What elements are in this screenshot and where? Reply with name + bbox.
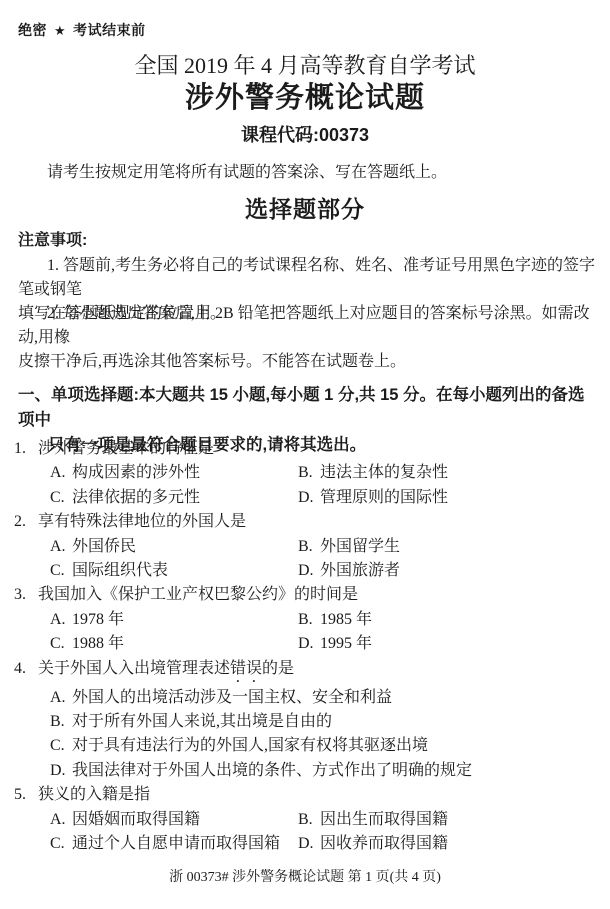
option-text: 我国法律对于外国人出境的条件、方式作出了明确的规定 (72, 762, 472, 779)
option-label: C. (50, 832, 72, 856)
option-b: B.违法主体的复杂性 (298, 461, 598, 485)
option-label: D. (298, 559, 320, 583)
option-text: 对于具有违法行为的外国人,国家有权将其驱逐出境 (72, 737, 428, 754)
option-label: C. (50, 559, 72, 583)
option-text: 国际组织代表 (72, 562, 168, 579)
option-label: A. (50, 808, 72, 832)
option-row: C.国际组织代表 D.外国旅游者 (14, 559, 598, 583)
question-number: 3. (14, 583, 38, 607)
question-item-1: 1.涉外警务最基本的特征是 A.构成因素的涉外性 B.违法主体的复杂性 C.法律… (14, 437, 598, 510)
notice-item-2-line-1: 2. 每小题选出答案后,用 2B 铅笔把答题纸上对应题目的答案标号涂黑。如需改动… (18, 302, 596, 350)
option-a: A.外国人的出境活动涉及一国主权、安全和利益 (14, 686, 598, 710)
notice-item-2: 2. 每小题选出答案后,用 2B 铅笔把答题纸上对应题目的答案标号涂黑。如需改动… (18, 302, 596, 374)
paper-title: 涉外警务概论试题 (0, 82, 610, 115)
exam-paper-page: 绝密★考试结束前 全国 2019 年 4 月高等教育自学考试 涉外警务概论试题 … (0, 0, 610, 909)
option-text: 外国留学生 (320, 538, 400, 555)
option-b: B.1985 年 (298, 608, 598, 632)
option-row: A.构成因素的涉外性 B.违法主体的复杂性 (14, 461, 598, 485)
candidate-instruction: 请考生按规定用笔将所有试题的答案涂、写在答题纸上。 (18, 164, 594, 182)
option-label: B. (298, 535, 320, 559)
option-b: B.因出生而取得国籍 (298, 808, 598, 832)
option-text: 因婚姻而取得国籍 (72, 811, 200, 828)
question-stem: 5.狭义的入籍是指 (14, 783, 598, 807)
option-label: B. (298, 461, 320, 485)
exam-session-title: 全国 2019 年 4 月高等教育自学考试 (0, 53, 610, 79)
question-stem-text-pre: 关于外国人入出境管理表述 (38, 660, 230, 677)
option-a: A.1978 年 (50, 608, 298, 632)
option-row: C.1988 年 D.1995 年 (14, 632, 598, 656)
star-icon: ★ (54, 23, 66, 38)
option-label: D. (50, 759, 72, 783)
question-stem-text: 狭义的入籍是指 (38, 786, 150, 803)
option-label: A. (50, 608, 72, 632)
option-d: D.因收养而取得国籍 (298, 832, 598, 856)
question-stem-text: 享有特殊法律地位的外国人是 (38, 513, 246, 530)
option-c: C.国际组织代表 (50, 559, 298, 583)
option-label: C. (50, 734, 72, 758)
notice-item-1-line-1: 1. 答题前,考生务必将自己的考试课程名称、姓名、准考证号用黑色字迹的签字笔或钢… (18, 254, 596, 302)
option-d: D.我国法律对于外国人出境的条件、方式作出了明确的规定 (14, 759, 598, 783)
question-item-2: 2.享有特殊法律地位的外国人是 A.外国侨民 B.外国留学生 C.国际组织代表 … (14, 510, 598, 583)
part-title: 选择题部分 (0, 196, 610, 222)
option-text: 1995 年 (320, 635, 372, 652)
option-a: A.构成因素的涉外性 (50, 461, 298, 485)
option-a: A.外国侨民 (50, 535, 298, 559)
option-text: 外国侨民 (72, 538, 136, 555)
option-d: D.管理原则的国际性 (298, 486, 598, 510)
section-one-header-line-1: 一、单项选择题:本大题共 15 小题,每小题 1 分,共 15 分。在每小题列出… (18, 383, 598, 433)
option-text: 1978 年 (72, 611, 124, 628)
question-stem-text: 涉外警务最基本的特征是 (38, 440, 214, 457)
page-footer: 浙 00373# 涉外警务概论试题 第 1 页(共 4 页) (0, 870, 610, 886)
classification-note: 考试结束前 (73, 22, 146, 38)
question-stem: 1.涉外警务最基本的特征是 (14, 437, 598, 461)
option-label: D. (298, 832, 320, 856)
option-c: C.通过个人自愿申请而取得国箱 (50, 832, 298, 856)
option-label: D. (298, 632, 320, 656)
option-c: C.1988 年 (50, 632, 298, 656)
question-stem: 3.我国加入《保护工业产权巴黎公约》的时间是 (14, 583, 598, 607)
question-list: 1.涉外警务最基本的特征是 A.构成因素的涉外性 B.违法主体的复杂性 C.法律… (14, 437, 598, 857)
option-label: C. (50, 632, 72, 656)
option-d: D.外国旅游者 (298, 559, 598, 583)
option-text: 管理原则的国际性 (320, 489, 448, 506)
option-text: 外国人的出境活动涉及一国主权、安全和利益 (72, 689, 392, 706)
option-text: 因收养而取得国籍 (320, 835, 448, 852)
question-stem-text-post: 的是 (262, 660, 294, 677)
notice-item-2-line-2: 皮擦干净后,再选涂其他答案标号。不能答在试题卷上。 (18, 350, 596, 374)
option-text: 违法主体的复杂性 (320, 464, 448, 481)
question-stem: 2.享有特殊法律地位的外国人是 (14, 510, 598, 534)
option-label: C. (50, 486, 72, 510)
option-row: A.外国侨民 B.外国留学生 (14, 535, 598, 559)
notice-heading: 注意事项: (18, 232, 87, 250)
option-b: B.外国留学生 (298, 535, 598, 559)
question-item-3: 3.我国加入《保护工业产权巴黎公约》的时间是 A.1978 年 B.1985 年… (14, 583, 598, 656)
question-item-4: 4.关于外国人入出境管理表述错误的是 A.外国人的出境活动涉及一国主权、安全和利… (14, 657, 598, 784)
option-label: B. (298, 608, 320, 632)
option-b: B.对于所有外国人来说,其出境是自由的 (14, 710, 598, 734)
option-text: 1988 年 (72, 635, 124, 652)
question-stem: 4.关于外国人入出境管理表述错误的是 (14, 657, 598, 686)
question-number: 1. (14, 437, 38, 461)
option-row: A.1978 年 B.1985 年 (14, 608, 598, 632)
option-label: D. (298, 486, 320, 510)
option-label: B. (298, 808, 320, 832)
option-text: 因出生而取得国籍 (320, 811, 448, 828)
question-item-5: 5.狭义的入籍是指 A.因婚姻而取得国籍 B.因出生而取得国籍 C.通过个人自愿… (14, 783, 598, 856)
option-text: 通过个人自愿申请而取得国箱 (72, 835, 280, 852)
course-code: 课程代码:00373 (0, 125, 610, 145)
option-text: 对于所有外国人来说,其出境是自由的 (72, 713, 332, 730)
option-c: C.法律依据的多元性 (50, 486, 298, 510)
option-label: A. (50, 535, 72, 559)
classification-banner: 绝密★考试结束前 (18, 22, 146, 39)
option-a: A.因婚姻而取得国籍 (50, 808, 298, 832)
question-number: 2. (14, 510, 38, 534)
option-row: C.法律依据的多元性 D.管理原则的国际性 (14, 486, 598, 510)
question-stem-emphasis: 错误 (230, 660, 262, 677)
option-label: A. (50, 686, 72, 710)
question-number: 4. (14, 657, 38, 681)
option-text: 法律依据的多元性 (72, 489, 200, 506)
option-c: C.对于具有违法行为的外国人,国家有权将其驱逐出境 (14, 734, 598, 758)
option-label: A. (50, 461, 72, 485)
question-stem-text: 我国加入《保护工业产权巴黎公约》的时间是 (38, 586, 358, 603)
option-text: 外国旅游者 (320, 562, 400, 579)
question-number: 5. (14, 783, 38, 807)
option-row: C.通过个人自愿申请而取得国箱 D.因收养而取得国籍 (14, 832, 598, 856)
option-label: B. (50, 710, 72, 734)
option-row: A.因婚姻而取得国籍 B.因出生而取得国籍 (14, 808, 598, 832)
classification-level: 绝密 (18, 22, 47, 38)
option-text: 1985 年 (320, 611, 372, 628)
option-d: D.1995 年 (298, 632, 598, 656)
option-text: 构成因素的涉外性 (72, 464, 200, 481)
